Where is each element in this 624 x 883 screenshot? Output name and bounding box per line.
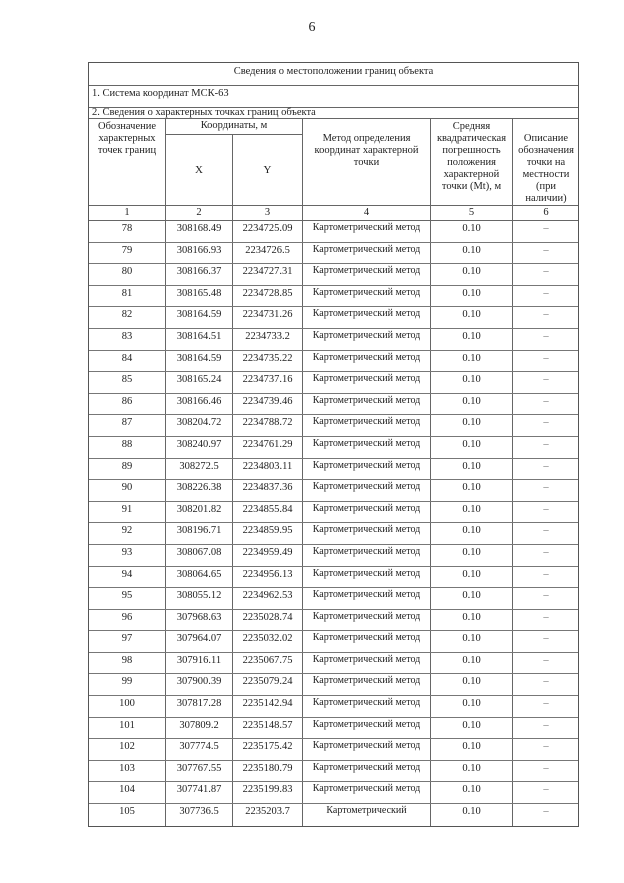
table-row: 91308201.822234855.84Картометрический ме… — [89, 502, 578, 524]
error-cell: 0.10 — [431, 264, 513, 285]
method-cell: Картометрический метод — [303, 286, 431, 307]
header-x: X — [166, 135, 233, 205]
y-cell: 2235142.94 — [233, 696, 303, 717]
description-cell: – — [513, 761, 579, 782]
error-cell: 0.10 — [431, 307, 513, 328]
error-cell: 0.10 — [431, 480, 513, 501]
method-cell: Картометрический метод — [303, 653, 431, 674]
table-row: 93308067.082234959.49Картометрический ме… — [89, 545, 578, 567]
method-cell: Картометрический метод — [303, 739, 431, 760]
y-cell: 2234733.2 — [233, 329, 303, 350]
table-row: 103307767.552235180.79Картометрический м… — [89, 761, 578, 783]
column-numbers-row: 123456 — [89, 205, 578, 220]
description-cell: – — [513, 653, 579, 674]
point-cell: 92 — [89, 523, 166, 544]
method-cell: Картометрический метод — [303, 221, 431, 242]
error-cell: 0.10 — [431, 459, 513, 480]
x-cell: 307767.55 — [166, 761, 233, 782]
error-cell: 0.10 — [431, 804, 513, 826]
x-cell: 308272.5 — [166, 459, 233, 480]
x-cell: 307916.11 — [166, 653, 233, 674]
error-cell: 0.10 — [431, 610, 513, 631]
column-number: 6 — [513, 206, 579, 220]
method-cell: Картометрический метод — [303, 631, 431, 652]
x-cell: 308067.08 — [166, 545, 233, 566]
error-cell: 0.10 — [431, 286, 513, 307]
y-cell: 2234731.26 — [233, 307, 303, 328]
description-cell: – — [513, 329, 579, 350]
table-row: 78308168.492234725.09Картометрический ме… — [89, 221, 578, 243]
error-cell: 0.10 — [431, 739, 513, 760]
x-cell: 308226.38 — [166, 480, 233, 501]
point-cell: 93 — [89, 545, 166, 566]
y-cell: 2235067.75 — [233, 653, 303, 674]
table-row: 92308196.712234859.95Картометрический ме… — [89, 523, 578, 545]
error-cell: 0.10 — [431, 545, 513, 566]
table-row: 98307916.112235067.75Картометрический ме… — [89, 653, 578, 675]
page-number: 6 — [0, 20, 624, 36]
method-cell: Картометрический метод — [303, 394, 431, 415]
y-cell: 2235032.02 — [233, 631, 303, 652]
y-cell: 2234962.53 — [233, 588, 303, 609]
section-heading: 2. Сведения о характерных точках границ … — [89, 108, 578, 119]
description-cell: – — [513, 264, 579, 285]
header-description-label: Описание обозначения точки на местности … — [513, 119, 579, 205]
description-cell: – — [513, 674, 579, 695]
method-cell: Картометрический метод — [303, 674, 431, 695]
x-cell: 308064.65 — [166, 567, 233, 588]
x-cell: 308166.46 — [166, 394, 233, 415]
point-cell: 98 — [89, 653, 166, 674]
method-cell: Картометрический метод — [303, 264, 431, 285]
table-row: 94308064.652234956.13Картометрический ме… — [89, 567, 578, 589]
column-number: 4 — [303, 206, 431, 220]
y-cell: 2235079.24 — [233, 674, 303, 695]
table-row: 79308166.932234726.5Картометрический мет… — [89, 243, 578, 265]
description-cell: – — [513, 545, 579, 566]
point-cell: 104 — [89, 782, 166, 803]
table-row: 105307736.52235203.7Картометрический0.10… — [89, 804, 578, 826]
y-cell: 2234959.49 — [233, 545, 303, 566]
point-cell: 83 — [89, 329, 166, 350]
point-cell: 91 — [89, 502, 166, 523]
point-cell: 89 — [89, 459, 166, 480]
method-cell: Картометрический метод — [303, 351, 431, 372]
description-cell: – — [513, 221, 579, 242]
table-row: 85308165.242234737.16Картометрический ме… — [89, 372, 578, 394]
x-cell: 307817.28 — [166, 696, 233, 717]
method-cell: Картометрический метод — [303, 480, 431, 501]
error-cell: 0.10 — [431, 415, 513, 436]
error-cell: 0.10 — [431, 437, 513, 458]
header-coordinates: Координаты, м — [166, 119, 303, 135]
y-cell: 2234726.5 — [233, 243, 303, 264]
method-cell: Картометрический метод — [303, 243, 431, 264]
point-cell: 97 — [89, 631, 166, 652]
y-cell: 2234727.31 — [233, 264, 303, 285]
description-cell: – — [513, 351, 579, 372]
error-cell: 0.10 — [431, 329, 513, 350]
error-cell: 0.10 — [431, 782, 513, 803]
error-cell: 0.10 — [431, 588, 513, 609]
table-row: 100307817.282235142.94Картометрический м… — [89, 696, 578, 718]
point-cell: 101 — [89, 718, 166, 739]
error-cell: 0.10 — [431, 351, 513, 372]
y-cell: 2235203.7 — [233, 804, 303, 826]
y-cell: 2234737.16 — [233, 372, 303, 393]
x-cell: 308168.49 — [166, 221, 233, 242]
boundary-points-table: Сведения о местоположении границ объекта… — [88, 62, 579, 827]
description-cell: – — [513, 567, 579, 588]
method-cell: Картометрический метод — [303, 415, 431, 436]
error-cell: 0.10 — [431, 653, 513, 674]
x-cell: 308164.59 — [166, 351, 233, 372]
table-row: 104307741.872235199.83Картометрический м… — [89, 782, 578, 804]
table-row: 83308164.512234733.2Картометрический мет… — [89, 329, 578, 351]
table-row: 81308165.482234728.85Картометрический ме… — [89, 286, 578, 308]
description-cell: – — [513, 782, 579, 803]
description-cell: – — [513, 502, 579, 523]
table-row: 96307968.632235028.74Картометрический ме… — [89, 610, 578, 632]
point-cell: 82 — [89, 307, 166, 328]
method-cell: Картометрический метод — [303, 329, 431, 350]
method-cell: Картометрический метод — [303, 782, 431, 803]
method-cell: Картометрический метод — [303, 459, 431, 480]
table-row: 95308055.122234962.53Картометрический ме… — [89, 588, 578, 610]
header-y: Y — [233, 135, 303, 205]
column-number: 3 — [233, 206, 303, 220]
y-cell: 2234837.36 — [233, 480, 303, 501]
column-number: 2 — [166, 206, 233, 220]
point-cell: 96 — [89, 610, 166, 631]
table-row: 97307964.072235032.02Картометрический ме… — [89, 631, 578, 653]
method-cell: Картометрический метод — [303, 502, 431, 523]
x-cell: 308164.59 — [166, 307, 233, 328]
x-cell: 308165.24 — [166, 372, 233, 393]
point-cell: 102 — [89, 739, 166, 760]
header-method-label: Метод определения координат характерной … — [303, 119, 430, 169]
method-cell: Картометрический метод — [303, 567, 431, 588]
y-cell: 2234735.22 — [233, 351, 303, 372]
description-cell: – — [513, 631, 579, 652]
y-cell: 2234739.46 — [233, 394, 303, 415]
error-cell: 0.10 — [431, 567, 513, 588]
table-row: 90308226.382234837.36Картометрический ме… — [89, 480, 578, 502]
x-cell: 308165.48 — [166, 286, 233, 307]
table-row: 89308272.52234803.11Картометрический мет… — [89, 459, 578, 481]
method-cell: Картометрический метод — [303, 437, 431, 458]
y-cell: 2234728.85 — [233, 286, 303, 307]
error-cell: 0.10 — [431, 674, 513, 695]
table-header: Обозначение характерных точек границ Коо… — [89, 119, 578, 221]
method-cell: Картометрический метод — [303, 307, 431, 328]
table-row: 87308204.722234788.72Картометрический ме… — [89, 415, 578, 437]
y-cell: 2235199.83 — [233, 782, 303, 803]
method-cell: Картометрический метод — [303, 761, 431, 782]
error-cell: 0.10 — [431, 523, 513, 544]
point-cell: 78 — [89, 221, 166, 242]
x-cell: 307900.39 — [166, 674, 233, 695]
x-cell: 308204.72 — [166, 415, 233, 436]
y-cell: 2234725.09 — [233, 221, 303, 242]
y-cell: 2234788.72 — [233, 415, 303, 436]
table-body: 78308168.492234725.09Картометрический ме… — [89, 221, 578, 826]
error-cell: 0.10 — [431, 631, 513, 652]
x-cell: 307736.5 — [166, 804, 233, 826]
point-cell: 90 — [89, 480, 166, 501]
method-cell: Картометрический метод — [303, 545, 431, 566]
description-cell: – — [513, 588, 579, 609]
error-cell: 0.10 — [431, 221, 513, 242]
header-point-label: Обозначение характерных точек границ — [89, 119, 165, 157]
table-row: 88308240.972234761.29Картометрический ме… — [89, 437, 578, 459]
table-row: 84308164.592234735.22Картометрический ме… — [89, 351, 578, 373]
y-cell: 2234761.29 — [233, 437, 303, 458]
column-number: 1 — [89, 206, 166, 220]
point-cell: 100 — [89, 696, 166, 717]
description-cell: – — [513, 480, 579, 501]
error-cell: 0.10 — [431, 761, 513, 782]
error-cell: 0.10 — [431, 243, 513, 264]
method-cell: Картометрический метод — [303, 610, 431, 631]
x-cell: 308166.93 — [166, 243, 233, 264]
point-cell: 79 — [89, 243, 166, 264]
table-row: 80308166.372234727.31Картометрический ме… — [89, 264, 578, 286]
table-row: 101307809.22235148.57Картометрический ме… — [89, 718, 578, 740]
column-number: 5 — [431, 206, 513, 220]
description-cell: – — [513, 307, 579, 328]
x-cell: 308166.37 — [166, 264, 233, 285]
description-cell: – — [513, 523, 579, 544]
error-cell: 0.10 — [431, 372, 513, 393]
table-row: 86308166.462234739.46Картометрический ме… — [89, 394, 578, 416]
table-row: 82308164.592234731.26Картометрический ме… — [89, 307, 578, 329]
x-cell: 307809.2 — [166, 718, 233, 739]
method-cell: Картометрический метод — [303, 372, 431, 393]
description-cell: – — [513, 394, 579, 415]
point-cell: 81 — [89, 286, 166, 307]
y-cell: 2234859.95 — [233, 523, 303, 544]
y-cell: 2235148.57 — [233, 718, 303, 739]
description-cell: – — [513, 286, 579, 307]
point-cell: 103 — [89, 761, 166, 782]
point-cell: 105 — [89, 804, 166, 826]
x-cell: 308201.82 — [166, 502, 233, 523]
x-cell: 307968.63 — [166, 610, 233, 631]
description-cell: – — [513, 718, 579, 739]
x-cell: 307741.87 — [166, 782, 233, 803]
method-cell: Картометрический метод — [303, 696, 431, 717]
error-cell: 0.10 — [431, 718, 513, 739]
x-cell: 308240.97 — [166, 437, 233, 458]
method-cell: Картометрический — [303, 804, 431, 826]
description-cell: – — [513, 459, 579, 480]
description-cell: – — [513, 610, 579, 631]
table-row: 102307774.52235175.42Картометрический ме… — [89, 739, 578, 761]
x-cell: 308196.71 — [166, 523, 233, 544]
method-cell: Картометрический метод — [303, 588, 431, 609]
coordinate-system: 1. Система координат МСК-63 — [89, 86, 578, 108]
description-cell: – — [513, 437, 579, 458]
description-cell: – — [513, 372, 579, 393]
y-cell: 2234956.13 — [233, 567, 303, 588]
description-cell: – — [513, 415, 579, 436]
method-cell: Картометрический метод — [303, 523, 431, 544]
error-cell: 0.10 — [431, 394, 513, 415]
x-cell: 307964.07 — [166, 631, 233, 652]
description-cell: – — [513, 739, 579, 760]
y-cell: 2235175.42 — [233, 739, 303, 760]
x-cell: 307774.5 — [166, 739, 233, 760]
y-cell: 2234855.84 — [233, 502, 303, 523]
x-cell: 308164.51 — [166, 329, 233, 350]
point-cell: 84 — [89, 351, 166, 372]
point-cell: 87 — [89, 415, 166, 436]
method-cell: Картометрический метод — [303, 718, 431, 739]
point-cell: 88 — [89, 437, 166, 458]
x-cell: 308055.12 — [166, 588, 233, 609]
y-cell: 2234803.11 — [233, 459, 303, 480]
description-cell: – — [513, 804, 579, 826]
point-cell: 94 — [89, 567, 166, 588]
point-cell: 86 — [89, 394, 166, 415]
description-cell: – — [513, 696, 579, 717]
description-cell: – — [513, 243, 579, 264]
y-cell: 2235180.79 — [233, 761, 303, 782]
header-error-label: Средняя квадратическая погрешность полож… — [431, 119, 512, 193]
point-cell: 99 — [89, 674, 166, 695]
error-cell: 0.10 — [431, 502, 513, 523]
error-cell: 0.10 — [431, 696, 513, 717]
point-cell: 80 — [89, 264, 166, 285]
point-cell: 85 — [89, 372, 166, 393]
point-cell: 95 — [89, 588, 166, 609]
table-title: Сведения о местоположении границ объекта — [89, 63, 578, 86]
table-row: 99307900.392235079.24Картометрический ме… — [89, 674, 578, 696]
y-cell: 2235028.74 — [233, 610, 303, 631]
